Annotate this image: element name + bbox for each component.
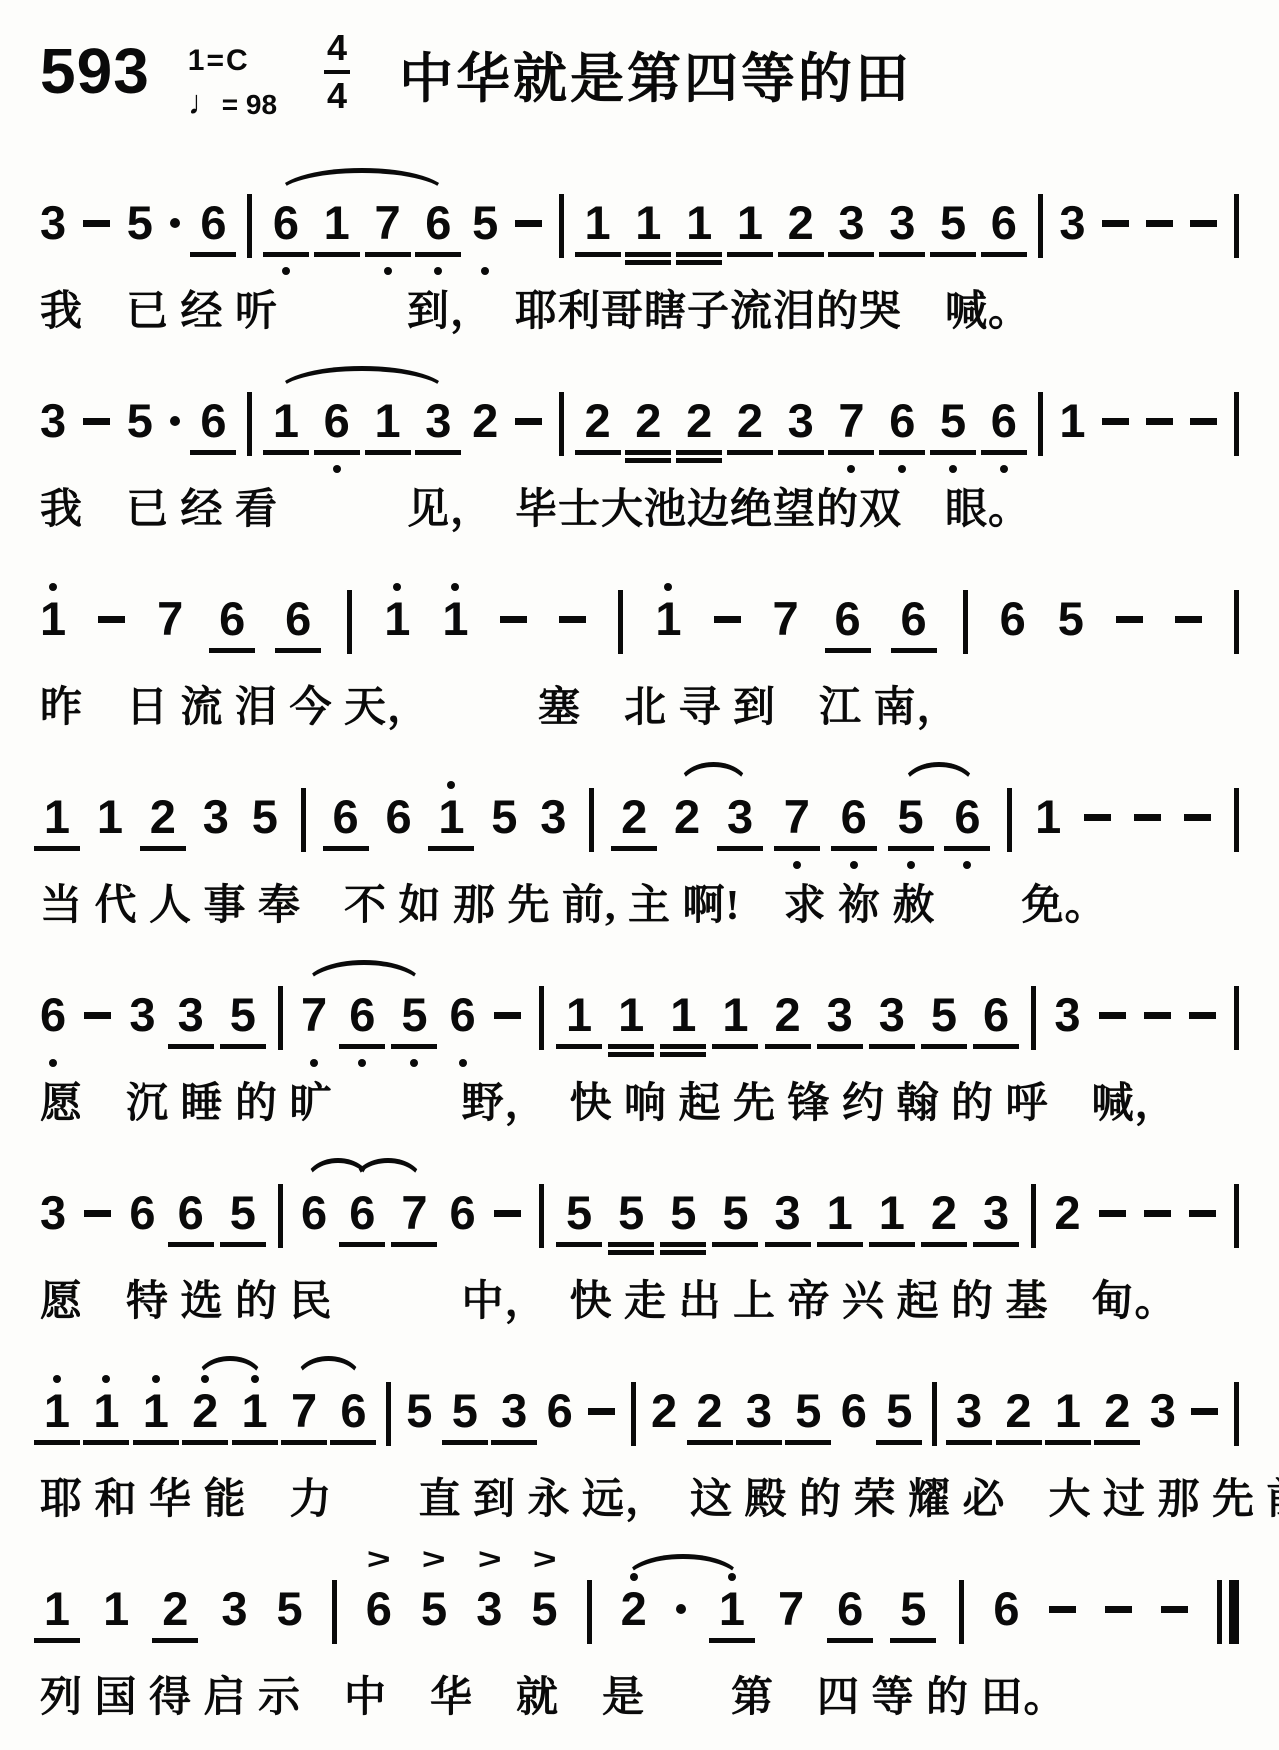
augmentation-dot <box>170 362 180 476</box>
dash-stroke <box>515 220 542 227</box>
eighth-underline <box>785 1440 831 1445</box>
note-2: 2 <box>617 758 651 872</box>
key-signature: 1=C <box>188 44 277 78</box>
music-systems: 356617651111233563我 已 经 听 到， 耶利哥瞎子流泪的哭 喊… <box>40 164 1239 1748</box>
note-3: 3 <box>742 1352 776 1466</box>
note-1: 1 <box>614 956 648 1070</box>
note-5: 5 <box>448 1352 482 1466</box>
eighth-underline <box>263 252 309 257</box>
dash-stroke <box>1189 1210 1216 1217</box>
barline-stroke <box>1007 788 1012 852</box>
octave-dot-low <box>434 267 442 275</box>
dash-stroke <box>494 1012 521 1019</box>
barline <box>1234 956 1239 1070</box>
octave-dot-high <box>393 583 401 591</box>
note-3: 3 <box>823 956 857 1070</box>
octave-dot-low <box>384 267 392 275</box>
dash-stroke <box>1190 418 1217 425</box>
note-2: 2 <box>784 164 818 278</box>
barline-stroke <box>1038 392 1043 456</box>
duration-dash <box>1189 956 1216 1070</box>
note-6: 6 <box>987 164 1021 278</box>
eighth-underline <box>727 252 773 257</box>
eighth-underline <box>774 846 820 851</box>
dash-stroke <box>1099 1012 1126 1019</box>
barline-stroke <box>1234 590 1239 654</box>
note-6: 6 <box>450 1154 476 1268</box>
note-6: 6 <box>129 1154 155 1268</box>
eighth-underline <box>778 252 824 257</box>
barline-stroke <box>631 1382 636 1446</box>
barline-stroke <box>932 1382 937 1446</box>
octave-dot-high <box>447 781 455 789</box>
eighth-underline <box>190 252 236 257</box>
duration-dash <box>1102 164 1129 278</box>
lyrics-line: 愿 特 选 的 民 中， 快 走 出 上 帝 兴 起 的 基 甸。 <box>40 1276 1239 1328</box>
note-5: 5 <box>791 1352 825 1466</box>
eighth-underline <box>168 1242 214 1247</box>
music-line-6: 366566765555311232愿 特 选 的 民 中， 快 走 出 上 帝… <box>40 1154 1239 1352</box>
sixteenth-underline <box>608 1250 654 1255</box>
notation-row: 356161322222376561 <box>40 362 1239 476</box>
note-6: 6 <box>837 758 871 872</box>
sixteenth-underline <box>660 1250 706 1255</box>
duration-dash <box>714 560 741 674</box>
note-5: 5 <box>491 758 517 872</box>
note-2: 2 <box>693 1352 727 1466</box>
barline <box>1234 560 1239 674</box>
note-3: 3 <box>174 956 208 1070</box>
quarter-note-icon: ♩ <box>188 84 222 122</box>
eighth-underline <box>232 1440 278 1445</box>
note-6: 6 <box>979 956 1013 1070</box>
eighth-underline <box>556 1044 602 1049</box>
duration-dash <box>84 956 111 1070</box>
augmentation-dot <box>170 164 180 278</box>
dash-stroke <box>1146 418 1173 425</box>
duration-dash <box>588 1352 615 1466</box>
eighth-underline <box>442 1440 488 1445</box>
lyrics-line: 我 已 经 听 到， 耶利哥瞎子流泪的哭 喊。 <box>40 286 1239 338</box>
note-3: 3 <box>40 164 66 278</box>
eighth-underline <box>365 450 411 455</box>
sixteenth-underline <box>625 458 671 463</box>
barline <box>539 1154 544 1268</box>
notation-row: 11235>6>5>3>5217656 <box>40 1550 1239 1664</box>
note-6: 6 <box>547 1352 573 1466</box>
eighth-underline <box>391 1242 437 1247</box>
eighth-underline <box>83 1440 129 1445</box>
barline-stroke <box>559 194 564 258</box>
eighth-underline <box>556 1242 602 1247</box>
note-3: 3 <box>771 1154 805 1268</box>
octave-dot-high <box>152 1375 160 1383</box>
eighth-underline <box>879 450 925 455</box>
barline <box>1038 362 1043 476</box>
barline <box>278 1154 283 1268</box>
duration-dash <box>1105 1550 1132 1664</box>
duration-dash <box>1189 1154 1216 1268</box>
note-6: 6 <box>993 1550 1019 1664</box>
duration-dash <box>1049 1550 1076 1664</box>
note-5: 5 <box>252 758 278 872</box>
note-5: 5 <box>718 1154 752 1268</box>
barline-stroke <box>278 1184 283 1248</box>
notation-row: 1112176553622356532123 <box>40 1352 1239 1466</box>
barline-thin <box>1217 1580 1222 1644</box>
note-2: 2 <box>733 362 767 476</box>
eighth-underline <box>314 252 360 257</box>
tempo-value: = 98 <box>222 89 277 120</box>
dash-stroke <box>1161 1606 1188 1613</box>
note-6: 6 <box>215 560 249 674</box>
note-3: 3 <box>784 362 818 476</box>
sixteenth-underline <box>676 252 722 257</box>
duration-dash <box>559 560 586 674</box>
octave-dot-low <box>333 465 341 473</box>
key-tempo-block: 1=C ♩= 98 <box>188 44 277 123</box>
note-1: 1 <box>631 164 665 278</box>
note-1: 1 <box>384 560 410 674</box>
barline-stroke <box>539 1184 544 1248</box>
barline <box>1234 1154 1239 1268</box>
barline-stroke <box>559 392 564 456</box>
eighth-underline <box>34 1440 80 1445</box>
lyrics-line: 列 国 得 启 示 中 华 就 是 第 四 等 的 田。 <box>40 1672 1239 1724</box>
octave-dot-low <box>850 861 858 869</box>
music-line-4: 112356615322376561当 代 人 事 奉 不 如 那 先 前, 主… <box>40 758 1239 956</box>
eighth-underline <box>133 1440 179 1445</box>
note-3: 3 <box>1150 1352 1176 1466</box>
lyrics-line: 愿 沉 睡 的 旷 野， 快 响 起 先 锋 约 翰 的 呼 喊， <box>40 1078 1239 1130</box>
eighth-underline <box>869 1044 915 1049</box>
eighth-underline <box>973 1044 1019 1049</box>
octave-dot-high <box>102 1375 110 1383</box>
eighth-underline <box>930 450 976 455</box>
dash-stroke <box>1144 1012 1171 1019</box>
note-5: >5 <box>531 1550 557 1664</box>
note-5: 5 <box>226 1154 260 1268</box>
dash-stroke <box>1049 1606 1076 1613</box>
barline <box>1038 164 1043 278</box>
time-signature: 4 4 <box>317 28 357 116</box>
eighth-underline <box>365 252 411 257</box>
duration-dash <box>1099 1154 1126 1268</box>
barline-stroke <box>959 1580 964 1644</box>
dash-stroke <box>559 616 586 623</box>
note-3: 3 <box>497 1352 531 1466</box>
dash-stroke <box>1190 220 1217 227</box>
barline <box>347 560 352 674</box>
aug-dot-shape <box>676 1604 686 1614</box>
eighth-underline <box>281 1440 327 1445</box>
eighth-underline <box>879 252 925 257</box>
eighth-underline <box>712 1242 758 1247</box>
note-1: 1 <box>1051 1352 1085 1466</box>
dash-stroke <box>1146 220 1173 227</box>
duration-dash <box>1144 956 1171 1070</box>
note-1: 1 <box>875 1154 909 1268</box>
note-1: 1 <box>718 956 752 1070</box>
eighth-underline <box>876 1440 922 1445</box>
barline <box>589 758 594 872</box>
eighth-underline <box>428 846 474 851</box>
sixteenth-underline <box>676 260 722 265</box>
barline <box>559 362 564 476</box>
barline-stroke <box>1234 1184 1239 1248</box>
note-1: 1 <box>40 1352 74 1466</box>
eighth-underline <box>323 846 369 851</box>
octave-dot-low <box>949 465 957 473</box>
eighth-underline <box>575 450 621 455</box>
note-5: 5 <box>127 362 153 476</box>
notation-row: 366566765555311232 <box>40 1154 1239 1268</box>
music-line-7: 1112176553622356532123耶 和 华 能 力 直 到 永 远，… <box>40 1352 1239 1550</box>
duration-dash <box>1161 1550 1188 1664</box>
sixteenth-underline <box>660 1052 706 1057</box>
note-5: 5 <box>936 362 970 476</box>
eighth-underline <box>611 846 657 851</box>
barline <box>618 560 623 674</box>
dash-stroke <box>1116 616 1143 623</box>
octave-dot-high <box>664 583 672 591</box>
note-1: 1 <box>40 1550 74 1664</box>
note-1: 1 <box>1059 362 1085 476</box>
sixteenth-underline <box>660 1242 706 1247</box>
final-barline <box>1217 1550 1239 1664</box>
eighth-underline <box>168 1044 214 1049</box>
lyrics-line: 当 代 人 事 奉 不 如 那 先 前, 主 啊! 求 祢 赦 免。 <box>40 880 1239 932</box>
octave-dot-high <box>49 583 57 591</box>
duration-dash <box>1190 164 1217 278</box>
note-5: 5 <box>406 1352 432 1466</box>
duration-dash <box>83 164 110 278</box>
aug-dot-shape <box>170 416 180 426</box>
duration-dash <box>500 560 527 674</box>
note-1: 1 <box>666 956 700 1070</box>
note-1: 1 <box>823 1154 857 1268</box>
dash-stroke <box>1191 1408 1218 1415</box>
note-1: 1 <box>434 758 468 872</box>
note-2: 2 <box>581 362 615 476</box>
note-5: 5 <box>882 1352 916 1466</box>
barline-stroke <box>963 590 968 654</box>
note-1: 1 <box>40 758 74 872</box>
note-1: 1 <box>103 1550 129 1664</box>
eighth-underline <box>415 252 461 257</box>
octave-dot-high <box>451 583 459 591</box>
eighth-underline <box>736 1440 782 1445</box>
eighth-underline <box>391 1044 437 1049</box>
eighth-underline <box>709 1638 755 1643</box>
eighth-underline <box>491 1440 537 1445</box>
octave-dot-low <box>459 1059 467 1067</box>
eighth-underline <box>415 450 461 455</box>
duration-dash <box>1146 362 1173 476</box>
eighth-underline <box>831 846 877 851</box>
barline-stroke <box>1031 1184 1036 1248</box>
barline-thick <box>1229 1580 1239 1644</box>
barline <box>1234 758 1239 872</box>
eighth-underline <box>220 1242 266 1247</box>
note-5: 5 <box>1058 560 1084 674</box>
notation-row: 112356615322376561 <box>40 758 1239 872</box>
note-6: 6 <box>841 1352 867 1466</box>
barline <box>631 1352 636 1466</box>
note-2: 2 <box>1054 1154 1080 1268</box>
sixteenth-underline <box>676 450 722 455</box>
music-line-8: 11235>6>5>3>5217656列 国 得 启 示 中 华 就 是 第 四… <box>40 1550 1239 1748</box>
duration-dash <box>1099 956 1126 1070</box>
note-1: 1 <box>655 560 681 674</box>
note-5: 5 <box>277 1550 303 1664</box>
barline-stroke <box>618 590 623 654</box>
note-7: 7 <box>780 758 814 872</box>
eighth-underline <box>34 846 80 851</box>
dash-stroke <box>1102 220 1129 227</box>
note-1: 1 <box>139 1352 173 1466</box>
barline <box>539 956 544 1070</box>
barline <box>1234 164 1239 278</box>
barline-stroke <box>247 194 252 258</box>
duration-dash <box>84 1154 111 1268</box>
eighth-underline <box>339 1044 385 1049</box>
sixteenth-underline <box>608 1044 654 1049</box>
dash-stroke <box>1144 1210 1171 1217</box>
dash-stroke <box>500 616 527 623</box>
octave-dot-low <box>907 861 915 869</box>
note-6: 6 <box>40 956 66 1070</box>
eighth-underline <box>765 1044 811 1049</box>
barline <box>278 956 283 1070</box>
barline-stroke <box>247 392 252 456</box>
note-3: 3 <box>979 1154 1013 1268</box>
note-6: 6 <box>385 758 411 872</box>
dash-stroke <box>98 616 125 623</box>
dash-stroke <box>84 1210 111 1217</box>
barline-stroke <box>386 1382 391 1446</box>
eighth-underline <box>330 1440 376 1445</box>
note-3: 3 <box>129 956 155 1070</box>
duration-dash <box>1175 560 1202 674</box>
note-1: 1 <box>97 758 123 872</box>
eighth-underline <box>1045 1440 1091 1445</box>
song-header: 593 1=C ♩= 98 4 4 中华就是第四等的田 <box>40 26 1239 164</box>
note-6: 6 <box>897 560 931 674</box>
barline-stroke <box>1234 194 1239 258</box>
note-2: 2 <box>651 1352 677 1466</box>
lyrics-line: 耶 和 华 能 力 直 到 永 远， 这 殿 的 荣 耀 必 大 过 那 先 前… <box>40 1474 1239 1526</box>
music-line-5: 633576561111233563愿 沉 睡 的 旷 野， 快 响 起 先 锋… <box>40 956 1239 1154</box>
note-2: 2 <box>771 956 805 1070</box>
eighth-underline <box>817 1044 863 1049</box>
eighth-underline <box>828 252 874 257</box>
eighth-underline <box>817 1242 863 1247</box>
note-3: 3 <box>540 758 566 872</box>
duration-dash <box>1134 758 1161 872</box>
note-2: 2 <box>1002 1352 1036 1466</box>
barline <box>1031 1154 1036 1268</box>
duration-dash <box>515 164 542 278</box>
music-line-1: 356617651111233563我 已 经 听 到， 耶利哥瞎子流泪的哭 喊… <box>40 164 1239 362</box>
note-3: 3 <box>221 1550 247 1664</box>
note-1: 1 <box>442 560 468 674</box>
note-7: 7 <box>834 362 868 476</box>
octave-dot-low <box>847 465 855 473</box>
note-3: 3 <box>875 956 909 1070</box>
eighth-underline <box>182 1440 228 1445</box>
dash-stroke <box>84 1012 111 1019</box>
eighth-underline <box>140 846 186 851</box>
note-6: 6 <box>833 1550 867 1664</box>
duration-dash <box>1102 362 1129 476</box>
lyrics-line: 昨 日 流 泪 今 天， 塞 北 寻 到 江 南， <box>40 682 1239 734</box>
eighth-underline <box>275 648 321 653</box>
duration-dash <box>515 362 542 476</box>
barline <box>332 1550 337 1664</box>
note-1: 1 <box>1035 758 1061 872</box>
octave-dot-low <box>310 1059 318 1067</box>
duration-dash <box>1184 758 1211 872</box>
dash-stroke <box>494 1210 521 1217</box>
eighth-underline <box>209 648 255 653</box>
sixteenth-underline <box>625 450 671 455</box>
note-1: 1 <box>581 164 615 278</box>
note-6: 6 <box>987 362 1021 476</box>
note-3: 3 <box>203 758 229 872</box>
note-6: 6 <box>196 362 230 476</box>
barline <box>301 758 306 872</box>
barline-stroke <box>1234 392 1239 456</box>
eighth-underline <box>890 1638 936 1643</box>
hymnal-page: 593 1=C ♩= 98 4 4 中华就是第四等的田 356617651111… <box>0 0 1279 1750</box>
octave-dot-low <box>358 1059 366 1067</box>
eighth-underline <box>314 450 360 455</box>
duration-dash <box>1146 164 1173 278</box>
music-line-3: 176611176665昨 日 流 泪 今 天， 塞 北 寻 到 江 南， <box>40 560 1239 758</box>
note-3: 3 <box>885 164 919 278</box>
eighth-underline <box>778 450 824 455</box>
notation-row: 356617651111233563 <box>40 164 1239 278</box>
note-1: 1 <box>682 164 716 278</box>
barline <box>247 362 252 476</box>
note-6: 6 <box>1000 560 1026 674</box>
barline-stroke <box>589 788 594 852</box>
octave-dot-low <box>410 1059 418 1067</box>
note-5: 5 <box>896 1550 930 1664</box>
note-5: 5 <box>666 1154 700 1268</box>
note-1: 1 <box>40 560 66 674</box>
barline-stroke <box>587 1580 592 1644</box>
barline <box>1007 758 1012 872</box>
note-2: 2 <box>927 1154 961 1268</box>
note-6: 6 <box>450 956 476 1070</box>
note-5: 5 <box>614 1154 648 1268</box>
barline-stroke <box>1234 1382 1239 1446</box>
sixteenth-underline <box>608 1052 654 1057</box>
note-5: 5 <box>226 956 260 1070</box>
eighth-underline <box>981 450 1027 455</box>
octave-dot-low <box>1000 465 1008 473</box>
note-5: 5 <box>127 164 153 278</box>
eighth-underline <box>930 252 976 257</box>
octave-dot-high <box>53 1375 61 1383</box>
note-6: 6 <box>174 1154 208 1268</box>
barline <box>963 560 968 674</box>
note-6: 6 <box>329 758 363 872</box>
eighth-underline <box>825 648 871 653</box>
octave-dot-low <box>898 465 906 473</box>
